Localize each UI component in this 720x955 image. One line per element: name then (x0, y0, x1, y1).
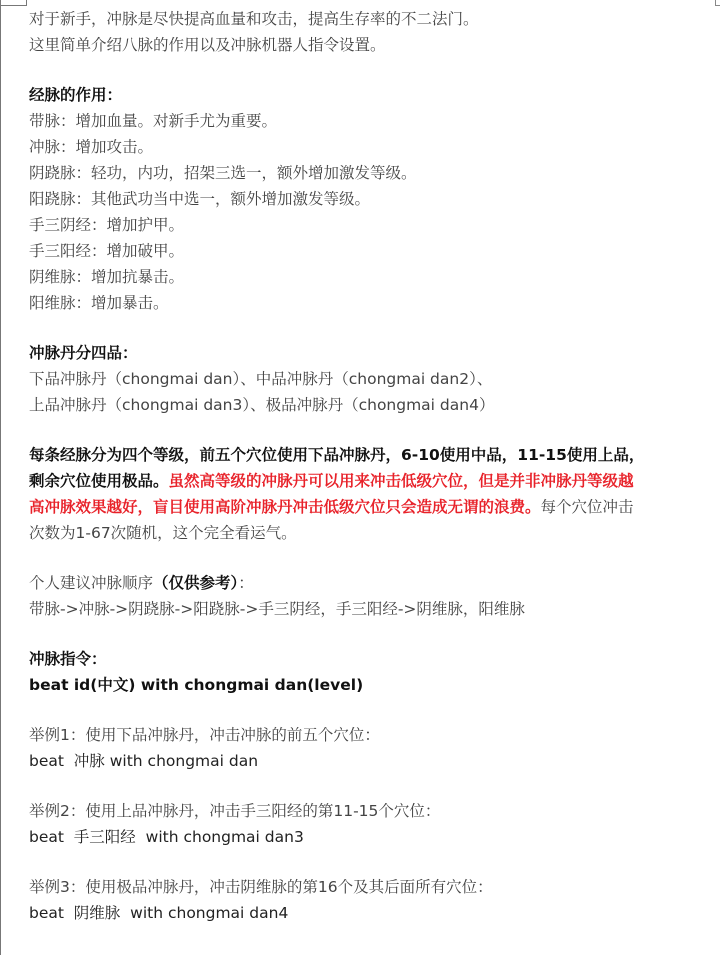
order-label: 个人建议冲脉顺序（仅供参考）： (29, 570, 719, 596)
levels-line: 剩余穴位使用极品。虽然高等级的冲脉丹可以用来冲击低级穴位，但是并非冲脉丹等级越 (29, 468, 719, 494)
command-syntax: beat id(中文) with chongmai dan(level) (29, 672, 719, 698)
example-command: beat 手三阳经 with chongmai dan3 (29, 824, 719, 850)
order-sequence: 带脉->冲脉->阴跷脉->阳跷脉->手三阴经，手三阳经->阴维脉，阳维脉 (29, 596, 719, 622)
meridians-heading: 经脉的作用： (29, 82, 719, 108)
pills-heading: 冲脉丹分四品： (29, 340, 719, 366)
meridian-item: 手三阴经：增加护甲。 (29, 212, 719, 238)
warning-text: 虽然高等级的冲脉丹可以用来冲击低级穴位，但是并非冲脉丹等级越 (169, 472, 634, 490)
order-label-colon: ： (238, 574, 254, 592)
pills-line: 下品冲脉丹（chongmai dan）、中品冲脉丹（chongmai dan2）… (29, 366, 719, 392)
meridian-item: 阴跷脉：轻功，内功，招架三选一，额外增加激发等级。 (29, 160, 719, 186)
pills-line: 上品冲脉丹（chongmai dan3）、极品冲脉丹（chongmai dan4… (29, 392, 719, 418)
levels-line: 高冲脉效果越好，盲目使用高阶冲脉丹冲击低级穴位只会造成无谓的浪费。每个穴位冲击 (29, 494, 719, 520)
order-label-text: 个人建议冲脉顺序 (29, 574, 153, 592)
command-heading: 冲脉指令： (29, 646, 719, 672)
warning-text: 高冲脉效果越好，盲目使用高阶冲脉丹冲击低级穴位只会造成无谓的浪费。 (29, 498, 541, 516)
example-description: 举例2：使用上品冲脉丹，冲击手三阳经的第11-15个穴位： (29, 798, 719, 824)
page-corner-mark-left (0, 0, 27, 6)
levels-line: 每条经脉分为四个等级，前五个穴位使用下品冲脉丹，6-10使用中品，11-15使用… (29, 442, 719, 468)
example-description: 举例3：使用极品冲脉丹，冲击阴维脉的第16个及其后面所有穴位： (29, 874, 719, 900)
order-label-bold: （仅供参考） (153, 574, 238, 592)
example-command: beat 冲脉 with chongmai dan (29, 748, 719, 774)
page-left-border (0, 0, 1, 955)
meridian-item: 带脉：增加血量。对新手尤为重要。 (29, 108, 719, 134)
example-description: 举例1：使用下品冲脉丹，冲击冲脉的前五个穴位： (29, 722, 719, 748)
meridian-item: 阳跷脉：其他武功当中选一，额外增加激发等级。 (29, 186, 719, 212)
levels-bold-text: 剩余穴位使用极品。 (29, 472, 169, 490)
intro-line: 这里简单介绍八脉的作用以及冲脉机器人指令设置。 (29, 32, 719, 58)
levels-normal-text: 每个穴位冲击 (541, 498, 634, 516)
meridian-item: 阳维脉：增加暴击。 (29, 290, 719, 316)
example-command: beat 阴维脉 with chongmai dan4 (29, 900, 719, 926)
document-body: 对于新手，冲脉是尽快提高血量和攻击，提高生存率的不二法门。 这里简单介绍八脉的作… (29, 6, 719, 926)
meridian-item: 阴维脉：增加抗暴击。 (29, 264, 719, 290)
meridian-item: 冲脉：增加攻击。 (29, 134, 719, 160)
levels-line: 次数为1-67次随机，这个完全看运气。 (29, 520, 719, 546)
intro-line: 对于新手，冲脉是尽快提高血量和攻击，提高生存率的不二法门。 (29, 6, 719, 32)
meridian-item: 手三阳经：增加破甲。 (29, 238, 719, 264)
